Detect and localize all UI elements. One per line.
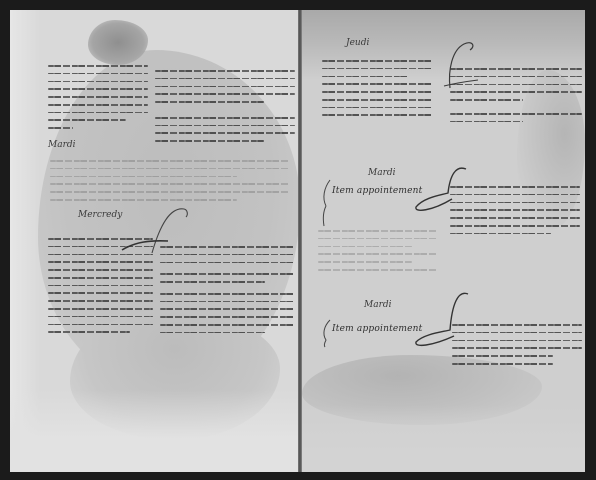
- margin-note: Jeudi: [346, 38, 369, 48]
- entry-block-bottom-right: [452, 324, 582, 371]
- manuscript-scan: Mardi Mercredy: [10, 10, 585, 472]
- entry-heading: Item appointement: [332, 324, 423, 334]
- entry-block-top-right: [155, 70, 295, 148]
- entry-block-top-left: [48, 65, 148, 135]
- entry-block-middle-right: [160, 246, 295, 340]
- left-page: Mardi Mercredy: [10, 10, 299, 472]
- margin-note: Mercredy: [78, 210, 122, 220]
- entry-block-top-left: [322, 60, 432, 122]
- entry-block-top-right: [450, 68, 582, 128]
- paper-damage: [10, 390, 299, 472]
- entry-block-middle-right: [450, 186, 580, 240]
- entry-block-middle-left: [48, 238, 153, 339]
- ink-flourish: [320, 318, 336, 348]
- margin-note: Mardi: [364, 300, 392, 310]
- margin-note: Mardi: [48, 140, 76, 150]
- entry-heading: Item appointement: [332, 186, 423, 196]
- right-page: Jeudi Mardi Item appointement: [302, 10, 585, 472]
- bleed-through-text: [50, 160, 290, 207]
- ink-flourish: [320, 178, 336, 228]
- paper-damage: [302, 405, 585, 472]
- margin-note: Mardi: [368, 168, 396, 178]
- bleed-through-text: [318, 230, 438, 277]
